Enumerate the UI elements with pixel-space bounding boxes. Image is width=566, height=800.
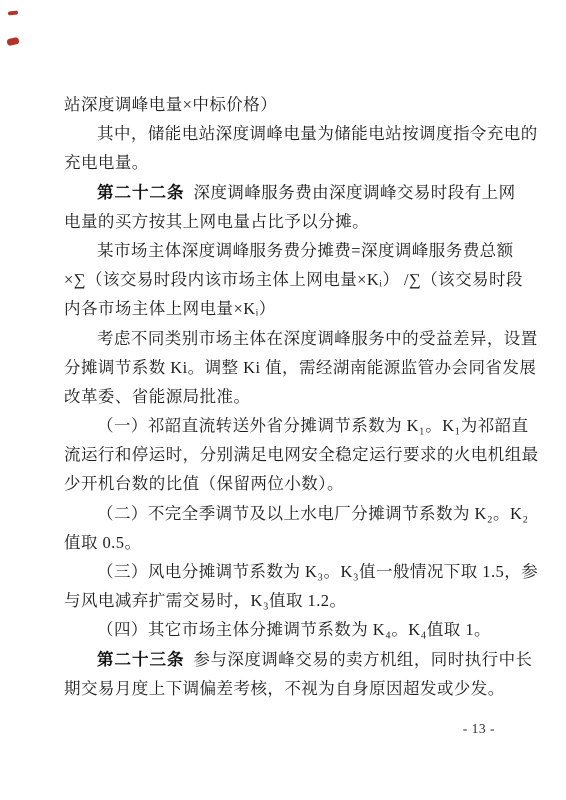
text-line: 考虑不同类别市场主体在深度调峰服务中的受益差异，设置 (64, 324, 504, 353)
text-line: 某市场主体深度调峰服务费分摊费=深度调峰服务费总额 (64, 236, 504, 265)
formula-line: 内各市场主体上网电量×Kᵢ） (64, 294, 504, 323)
text-line: 少开机台数的比值（保留两位小数）。 (64, 469, 504, 498)
list-item-line: （一）祁韶直流转送外省分摊调节系数为 K₁。K₁为祁韶直 (64, 411, 504, 440)
line-text: 充电电量。 (64, 153, 149, 172)
text-line: 充电电量。 (64, 148, 504, 177)
text-line: 第二十三条参与深度调峰交易的卖方机组，同时执行中长 (64, 645, 504, 674)
line-text: 站深度调峰电量×中标价格） (64, 95, 277, 114)
line-text: （二）不完全季调节及以上水电厂分摊调节系数为 K₂。K₂ (97, 504, 529, 523)
text-line: 第二十二条深度调峰服务费由深度调峰交易时段有上网 (64, 178, 504, 207)
text-line: 与风电减弃扩需交易时，K₃值取 1.2。 (64, 586, 504, 615)
text-line: 值取 0.5。 (64, 528, 504, 557)
line-text: 深度调峰服务费由深度调峰交易时段有上网 (194, 183, 516, 202)
text-line: 站深度调峰电量×中标价格） (64, 90, 504, 119)
line-text: 期交易月度上下调偏差考核，不视为自身原因超发或少发。 (64, 679, 505, 698)
line-text: 少开机台数的比值（保留两位小数）。 (64, 474, 344, 493)
line-text: 电量的买方按其上网电量占比予以分摊。 (64, 212, 369, 231)
text-line: 期交易月度上下调偏差考核，不视为自身原因超发或少发。 (64, 674, 504, 703)
document-text-block: 站深度调峰电量×中标价格） 其中，储能电站深度调峰电量为储能电站按调度指令充电的… (64, 90, 504, 703)
line-text: 与风电减弃扩需交易时，K₃值取 1.2。 (64, 591, 346, 610)
text-line: 电量的买方按其上网电量占比予以分摊。 (64, 207, 504, 236)
line-text: 某市场主体深度调峰服务费分摊费=深度调峰服务费总额 (97, 241, 514, 260)
line-text: ×∑（该交易时段内该市场主体上网电量×Kᵢ） /∑（该交易时段 (64, 270, 523, 289)
line-text: 内各市场主体上网电量×Kᵢ） (64, 299, 276, 318)
line-text: （四）其它市场主体分摊调节系数为 K₄。K₄值取 1。 (97, 620, 491, 639)
page-number: - 13 - (463, 721, 495, 737)
line-text: （三）风电分摊调节系数为 K₃。K₃值一般情况下取 1.5，参 (97, 562, 538, 581)
line-text: 流运行和停运时，分别满足电网安全稳定运行要求的火电机组最 (64, 445, 539, 464)
list-item-line: （二）不完全季调节及以上水电厂分摊调节系数为 K₂。K₂ (64, 499, 504, 528)
line-text: 参与深度调峰交易的卖方机组，同时执行中长 (194, 650, 533, 669)
formula-line: ×∑（该交易时段内该市场主体上网电量×Kᵢ） /∑（该交易时段 (64, 265, 504, 294)
line-text: 分摊调节系数 Ki。调整 Ki 值，需经湖南能源监管办会同省发展 (64, 358, 536, 377)
document-page: 站深度调峰电量×中标价格） 其中，储能电站深度调峰电量为储能电站按调度指令充电的… (0, 0, 566, 800)
text-line: 流运行和停运时，分别满足电网安全稳定运行要求的火电机组最 (64, 440, 504, 469)
line-text: 改革委、省能源局批准。 (64, 387, 250, 406)
line-text: 值取 0.5。 (64, 533, 141, 552)
list-item-line: （四）其它市场主体分摊调节系数为 K₄。K₄值取 1。 (64, 615, 504, 644)
article-heading: 第二十三条 (97, 651, 185, 669)
line-text: 考虑不同类别市场主体在深度调峰服务中的受益差异，设置 (97, 329, 538, 348)
text-line: 其中，储能电站深度调峰电量为储能电站按调度指令充电的 (64, 119, 504, 148)
list-item-line: （三）风电分摊调节系数为 K₃。K₃值一般情况下取 1.5，参 (64, 557, 504, 586)
text-line: 分摊调节系数 Ki。调整 Ki 值，需经湖南能源监管办会同省发展 (64, 353, 504, 382)
line-text: 其中，储能电站深度调峰电量为储能电站按调度指令充电的 (97, 124, 538, 143)
red-ink-artifact-bottom (6, 37, 19, 46)
red-ink-artifact-top (8, 10, 18, 15)
line-text: （一）祁韶直流转送外省分摊调节系数为 K₁。K₁为祁韶直 (97, 416, 529, 435)
article-heading: 第二十二条 (97, 184, 185, 202)
text-line: 改革委、省能源局批准。 (64, 382, 504, 411)
